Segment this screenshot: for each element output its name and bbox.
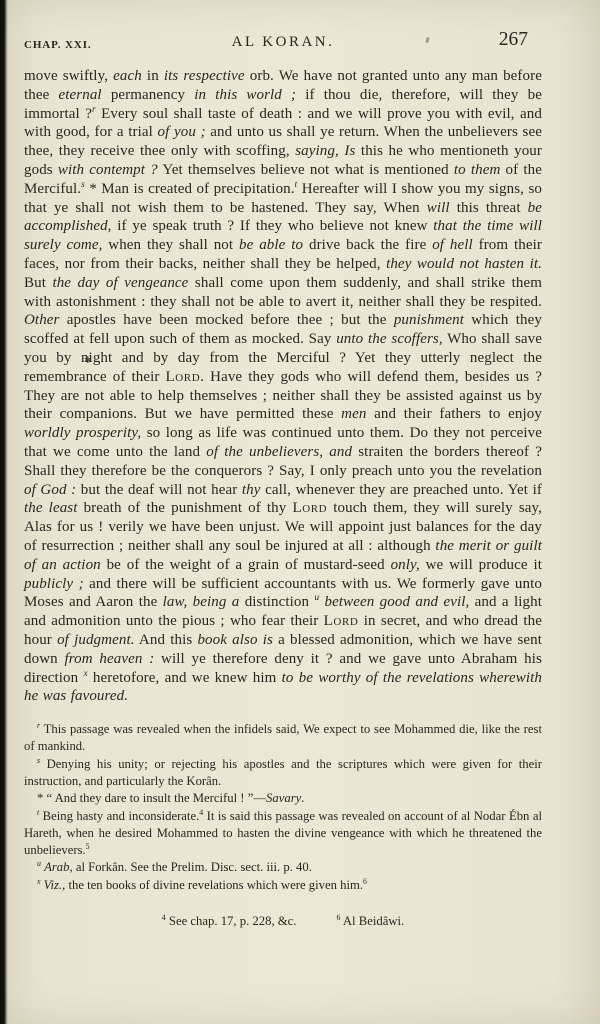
- footnotes: r This passage was revealed when the inf…: [24, 721, 542, 894]
- page-number: 267: [499, 29, 542, 51]
- text-run-i: to them: [454, 162, 501, 178]
- text-run: and their fathers to enjoy: [366, 406, 542, 422]
- bottom-references: 4 See chap. 17, p. 228, &c.6 Al Beidâwi.: [24, 914, 542, 929]
- text-run-i: between good and evil,: [325, 594, 470, 610]
- text-run: And this: [135, 632, 198, 648]
- text-run: Denying his unity; or rejecting his apos…: [24, 757, 542, 788]
- footnote-marker: 6: [336, 913, 340, 922]
- text-run: if ye speak truth ? If they who believe …: [112, 218, 434, 234]
- text-run: when they shall not: [102, 237, 239, 253]
- text-run-i: Other: [24, 312, 60, 328]
- text-run-i: from heaven :: [64, 651, 154, 667]
- text-run-i: publicly ;: [24, 576, 84, 592]
- text-run-i: thy: [242, 482, 261, 498]
- text-run-i: the least: [24, 500, 78, 516]
- text-run: .: [301, 791, 304, 805]
- text-run-i: will: [427, 200, 450, 216]
- text-run: * Man is created of precipitation.: [85, 181, 295, 197]
- text-run: breath of the punishment of thy: [78, 500, 293, 516]
- text-run: drive back the fire: [303, 237, 432, 253]
- footnote-marker: 4: [162, 913, 166, 922]
- text-run: call, whenever they are preached unto. Y…: [261, 482, 542, 498]
- text-run-i: of God :: [24, 482, 76, 498]
- bottom-reference: 4 See chap. 17, p. 228, &c.: [162, 914, 297, 928]
- running-head: CHAP. XXI. AL KORAN. 267: [24, 29, 542, 53]
- scanned-book-page: CHAP. XXI. AL KORAN. 267 move swiftly, e…: [0, 0, 600, 1024]
- text-run: al Forkân. See the Prelim. Disc. sect. i…: [73, 860, 312, 874]
- text-run-i: Viz.,: [44, 878, 66, 892]
- text-run-i: its respective: [164, 68, 245, 84]
- text-run-i: eternal: [59, 87, 102, 103]
- text-run-i: saying, Is: [295, 143, 355, 159]
- text-run-i: with contempt ?: [58, 162, 158, 178]
- text-run: Yet themselves believe not what is menti…: [158, 162, 454, 178]
- text-run: heretofore, and we knew him: [88, 670, 282, 686]
- text-run-i: Arab,: [44, 860, 73, 874]
- page-gutter-shadow: [0, 0, 8, 1024]
- text-run-i: men: [341, 406, 366, 422]
- text-run: distinction: [239, 594, 314, 610]
- text-run-sc: Lord: [292, 500, 327, 516]
- text-run-i: be able to: [239, 237, 303, 253]
- page-content: CHAP. XXI. AL KORAN. 267 move swiftly, e…: [24, 0, 542, 929]
- text-run-i: of hell: [432, 237, 473, 253]
- text-run-sup: 6: [363, 877, 367, 886]
- text-run: permanency: [102, 87, 195, 103]
- text-run: but the deaf will not hear: [76, 482, 242, 498]
- text-run: This passage was revealed when the infid…: [24, 722, 542, 753]
- text-run: apostles have been mocked before thee ; …: [60, 312, 394, 328]
- text-run-sup: 5: [86, 842, 90, 851]
- text-run-i: law, being a: [163, 594, 240, 610]
- footnote: t Being hasty and inconsiderate.4 It is …: [24, 808, 542, 860]
- footnote: s Denying his unity; or rejecting his ap…: [24, 756, 542, 791]
- text-run-sc: Lord: [165, 369, 200, 385]
- text-run-i: worldly prosperity,: [24, 425, 141, 441]
- text-run-sc: Lord: [324, 613, 359, 629]
- text-run-i: only,: [391, 557, 420, 573]
- text-run: this threat: [450, 200, 528, 216]
- footnote: u Arab, al Forkân. See the Prelim. Disc.…: [24, 859, 542, 876]
- text-run-i: Savary: [266, 791, 301, 805]
- text-run-supi: x: [37, 877, 41, 886]
- text-run-i: in this world ;: [194, 87, 296, 103]
- text-run-i: each: [113, 68, 142, 84]
- text-run: the ten books of divine revelations whic…: [65, 878, 363, 892]
- text-run-i: they would not hasten it.: [386, 256, 542, 272]
- text-run-i: the day of vengeance: [52, 275, 188, 291]
- book-title: AL KORAN.: [24, 34, 542, 51]
- text-run: we will produce it: [420, 557, 542, 573]
- text-run: Being hasty and inconsiderate.: [39, 809, 199, 823]
- text-run-i: unto the scoffers,: [336, 331, 443, 347]
- text-run: be of the weight of a grain of mustard-s…: [101, 557, 391, 573]
- text-run: move swiftly,: [24, 68, 113, 84]
- main-text-paragraph: move swiftly, each in its respective orb…: [24, 67, 542, 706]
- text-run: But: [24, 275, 52, 291]
- footnote: * “ And they dare to insult the Merciful…: [24, 790, 542, 807]
- text-run: in: [142, 68, 164, 84]
- text-run-i: of you ;: [158, 124, 206, 140]
- text-run: * “ And they dare to insult the Merciful…: [37, 791, 266, 805]
- footnote: x Viz., the ten books of divine revelati…: [24, 877, 542, 894]
- footnote: r This passage was revealed when the inf…: [24, 721, 542, 756]
- text-run-i: of the unbelievers, and: [206, 444, 352, 460]
- bottom-reference: 6 Al Beidâwi.: [336, 914, 404, 928]
- text-run-i: of judgment.: [57, 632, 135, 648]
- text-run-i: punishment: [394, 312, 464, 328]
- text-run-i: book also is: [197, 632, 273, 648]
